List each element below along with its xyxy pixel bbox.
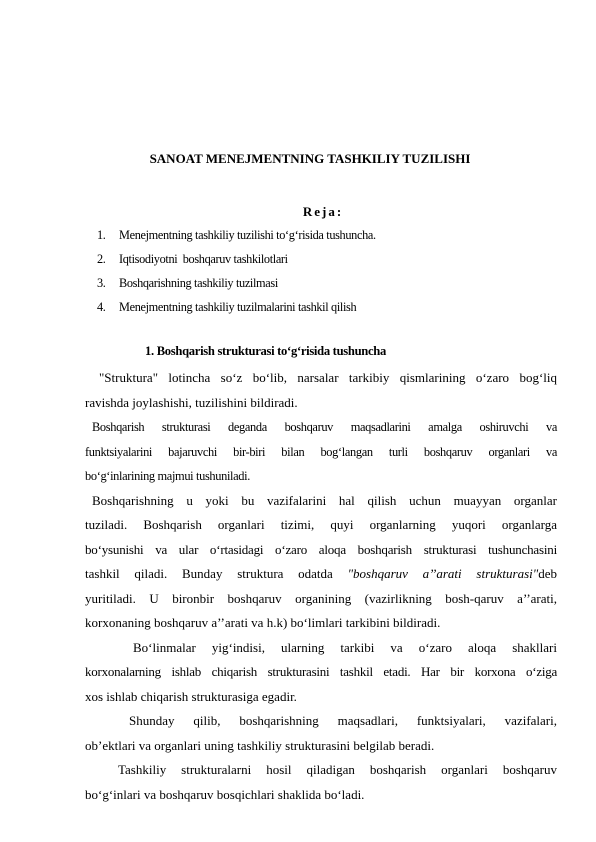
text-line: Boshqarish strukturasi deganda boshqaruv…	[85, 415, 557, 440]
document-page: SANOAT MENEJMENTNING TASHKILIY TUZILISHI…	[0, 0, 596, 842]
plan-item-text: Iqtisodiyotni boshqaruv tashkilotlari	[119, 247, 288, 271]
plan-item-number: 4.	[97, 295, 119, 319]
text-line: Boshqarishning u yoki bu vazifalarini ha…	[85, 489, 557, 514]
plan-list: 1.Menejmentning tashkiliy tuzilishi to‘g…	[97, 223, 376, 319]
section-heading: 1. Boshqarish strukturasi to‘g‘risida tu…	[145, 344, 386, 359]
text-line: ob’ektlari va organlari uning tashkiliy …	[85, 734, 557, 759]
text-fragment: deb	[538, 566, 557, 581]
plan-item: 4.Menejmentning tashkiliy tuzilmalarini …	[97, 295, 376, 319]
text-line: korxonalarning ishlab chiqarish struktur…	[85, 660, 557, 685]
paragraph-2: Boshqarish strukturasi deganda boshqaruv…	[85, 415, 557, 489]
text-line: bo‘g‘inlari va boshqaruv bosqichlari sha…	[85, 783, 557, 808]
plan-item-number: 2.	[97, 247, 119, 271]
text-line: tuziladi. Boshqarish organlari tizimi, q…	[85, 513, 557, 538]
text-line: ravishda joylashishi, tuzilishini bildir…	[85, 391, 557, 416]
text-line: Tashkiliy strukturalarni hosil qiladigan…	[85, 758, 557, 783]
plan-item: 2.Iqtisodiyotni boshqaruv tashkilotlari	[97, 247, 376, 271]
plan-item-text: Menejmentning tashkiliy tuzilishi to‘g‘r…	[119, 223, 376, 247]
text-line: Shunday qilib, boshqarishning maqsadlari…	[85, 709, 557, 734]
paragraph-3: Boshqarishning u yoki bu vazifalarini ha…	[85, 489, 557, 636]
text-line: xos ishlab chiqarish strukturasiga egadi…	[85, 685, 557, 710]
document-body: "Struktura" lotincha so‘z bo‘lib, narsal…	[85, 366, 557, 807]
plan-item-number: 3.	[97, 271, 119, 295]
text-fragment: tashkil qiladi. Bunday struktura odatda	[85, 566, 348, 581]
emphasized-term: "boshqaruv a’’arati strukturasi"	[348, 566, 539, 581]
text-line: funktsiyalarini bajaruvchi bir-biri bila…	[85, 440, 557, 465]
text-line: bo‘g‘inlarining majmui tushuniladi.	[85, 464, 557, 489]
text-line: tashkil qiladi. Bunday struktura odatda …	[85, 562, 557, 587]
text-line: yuritiladi. U bironbir boshqaruv organin…	[85, 587, 557, 612]
text-line: "Struktura" lotincha so‘z bo‘lib, narsal…	[85, 366, 557, 391]
paragraph-6: Tashkiliy strukturalarni hosil qiladigan…	[85, 758, 557, 807]
plan-heading: Reja:	[0, 204, 596, 220]
plan-item-text: Menejmentning tashkiliy tuzilmalarini ta…	[119, 295, 356, 319]
plan-item: 1.Menejmentning tashkiliy tuzilishi to‘g…	[97, 223, 376, 247]
paragraph-1: "Struktura" lotincha so‘z bo‘lib, narsal…	[85, 366, 557, 415]
text-line: bo‘ysunishi va ular o‘rtasidagi o‘zaro a…	[85, 538, 557, 563]
plan-item: 3.Boshqarishning tashkiliy tuzilmasi	[97, 271, 376, 295]
text-line: korxonaning boshqaruv a’’arati va h.k) b…	[85, 611, 557, 636]
plan-item-text: Boshqarishning tashkiliy tuzilmasi	[119, 271, 278, 295]
document-title: SANOAT MENEJMENTNING TASHKILIY TUZILISHI	[0, 151, 596, 167]
text-line: Bo‘linmalar yig‘indisi, ularning tarkibi…	[85, 636, 557, 661]
plan-item-number: 1.	[97, 223, 119, 247]
paragraph-5: Shunday qilib, boshqarishning maqsadlari…	[85, 709, 557, 758]
paragraph-4: Bo‘linmalar yig‘indisi, ularning tarkibi…	[85, 636, 557, 710]
